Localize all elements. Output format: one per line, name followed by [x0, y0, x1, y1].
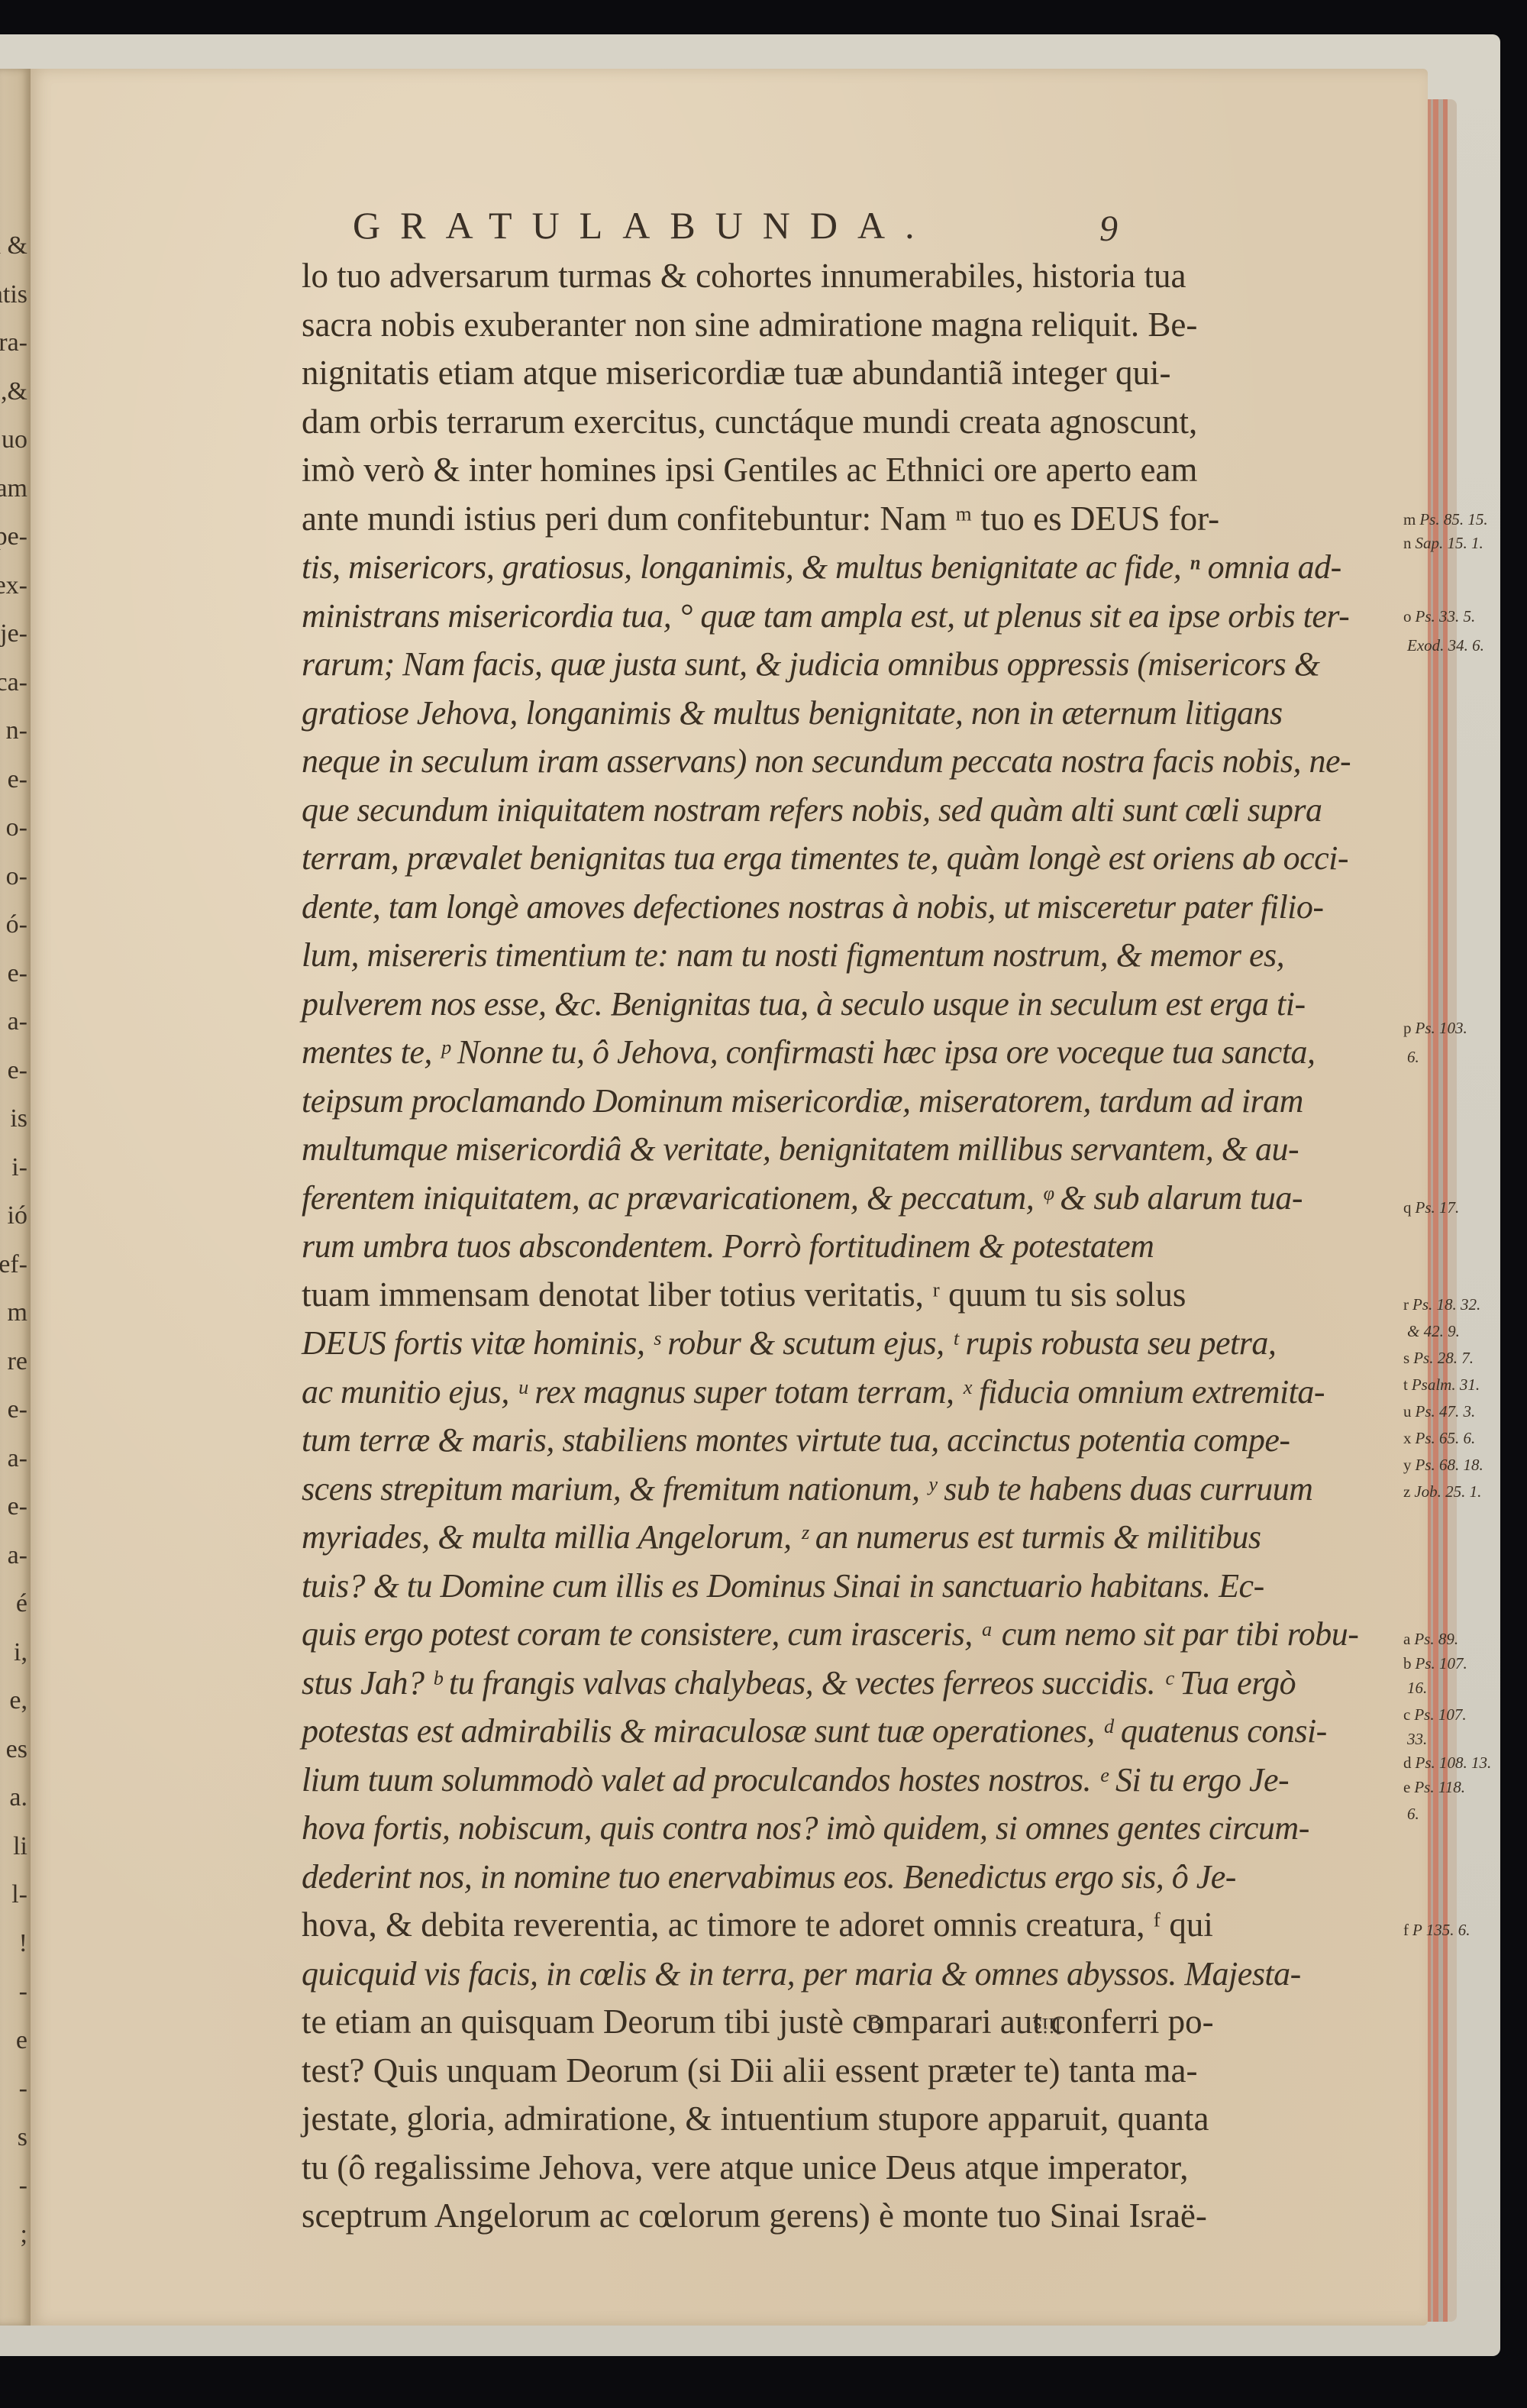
margin-note: dPs. 108. 13. [1403, 1755, 1491, 1771]
facing-line-fragment: l- [11, 1882, 27, 1908]
text-line: ferentem iniquitatem, ac prævaricationem… [302, 1174, 1096, 1223]
margin-note: rPs. 18. 32. [1403, 1297, 1480, 1313]
note-mark: b [1403, 1654, 1412, 1673]
facing-line-fragment: ra- [0, 330, 27, 356]
facing-line-fragment: am [0, 476, 27, 502]
facing-line-fragment: e- [8, 1058, 27, 1084]
note-mark: t [1403, 1375, 1408, 1394]
note-mark: x [1403, 1429, 1412, 1447]
facing-line-fragment: es [6, 1737, 27, 1763]
note-reference: 33. [1407, 1730, 1427, 1748]
facing-line-fragment: i- [11, 1155, 27, 1181]
note-reference: Ps. 108. 13. [1416, 1753, 1492, 1772]
note-mark: m [1403, 510, 1416, 528]
facing-line-fragment: e- [8, 767, 27, 793]
margin-note: cPs. 107. [1403, 1707, 1467, 1723]
note-reference: 16. [1407, 1679, 1427, 1697]
text-line: tu (ô regalissime Jehova, vere atque uni… [302, 2144, 1096, 2193]
note-reference: Ps. 28. 7. [1413, 1349, 1474, 1367]
note-reference: Ps. 17. [1416, 1198, 1460, 1217]
facing-line-fragment: e- [8, 961, 27, 987]
note-reference: Ps. 68. 18. [1416, 1456, 1483, 1474]
margin-note: zJob. 25. 1. [1403, 1484, 1481, 1500]
note-mark: n [1403, 534, 1412, 552]
margin-note: 6. [1403, 1049, 1419, 1065]
facing-line-fragment: m [8, 1300, 27, 1326]
text-line: sceptrum Angelorum ac cœlorum gerens) è … [302, 2192, 1096, 2241]
text-line: mentes te, ᵖ Nonne tu, ô Jehova, confirm… [302, 1028, 1096, 1077]
text-line: tuis? & tu Domine cum illis es Dominus S… [302, 1562, 1096, 1611]
text-line: myriades, & multa millia Angelorum, ᶻ an… [302, 1513, 1096, 1562]
text-line: test? Quis unquam Deorum (si Dii alii es… [302, 2047, 1096, 2096]
text-line: hova, & debita reverentia, ac timore te … [302, 1901, 1096, 1950]
text-line: quicquid vis facis, in cœlis & in terra,… [302, 1950, 1096, 1999]
margin-note: 33. [1403, 1731, 1427, 1747]
text-line: tuam immensam denotat liber totius verit… [302, 1271, 1096, 1320]
text-line: rarum; Nam facis, quæ justa sunt, & judi… [302, 640, 1096, 689]
margin-note: oPs. 33. 5. [1403, 609, 1475, 625]
note-reference: Ps. 33. 5. [1416, 607, 1476, 625]
note-reference: 6. [1407, 1048, 1419, 1066]
text-line: imò verò & inter homines ipsi Gentiles a… [302, 446, 1096, 495]
text-line: potestas est admirabilis & miraculosæ su… [302, 1707, 1096, 1756]
note-mark: y [1403, 1456, 1412, 1474]
note-reference: Ps. 85. 15. [1419, 510, 1487, 528]
text-line: stus Jah? ᵇ tu frangis valvas chalybeas,… [302, 1659, 1096, 1708]
margin-note: ePs. 118. [1403, 1779, 1465, 1795]
facing-line-fragment: ef- [0, 1252, 27, 1278]
running-head: GRATULABUNDA. [353, 203, 935, 247]
text-line: terram, prævalet benignitas tua erga tim… [302, 834, 1096, 883]
note-mark: u [1403, 1402, 1412, 1421]
text-line: te etiam an quisquam Deorum tibi justè c… [302, 1998, 1096, 2047]
note-reference: Job. 25. 1. [1414, 1482, 1481, 1501]
facing-line-fragment: o- [6, 815, 27, 841]
facing-line-fragment: i, [14, 1640, 27, 1666]
text-line: pulverem nos esse, &c. Benignitas tua, à… [302, 980, 1096, 1029]
facing-line-fragment: ,& [1, 379, 27, 405]
facing-page-strip: a &atisra-,&uoampe-ex-je-ca-n-e-o-o-ó-e-… [0, 69, 31, 2326]
facing-line-fragment: s [18, 2125, 27, 2151]
facing-line-fragment: ó- [6, 912, 27, 938]
text-line: que secundum iniquitatem nostram refers … [302, 786, 1096, 835]
text-line: jestate, gloria, admiratione, & intuenti… [302, 2095, 1096, 2144]
catchword: liis [1033, 2012, 1061, 2038]
text-line: dente, tam longè amoves defectiones nost… [302, 883, 1096, 932]
facing-line-fragment: a. [9, 1785, 27, 1811]
facing-line-fragment: o- [6, 864, 27, 890]
facing-line-fragment: e [16, 2028, 27, 2054]
note-reference: Ps. 107. [1416, 1654, 1467, 1673]
margin-note: sPs. 28. 7. [1403, 1350, 1474, 1366]
facing-line-fragment: re [8, 1349, 27, 1375]
note-reference: Exod. 34. 6. [1407, 636, 1484, 655]
note-reference: Ps. 65. 6. [1416, 1429, 1476, 1447]
note-reference: 6. [1407, 1805, 1419, 1823]
page-number: 9 [1099, 208, 1118, 250]
margin-note: 6. [1403, 1806, 1419, 1822]
facing-line-fragment: a- [8, 1009, 27, 1035]
facing-line-fragment: is [10, 1106, 27, 1132]
margin-note: xPs. 65. 6. [1403, 1430, 1475, 1446]
text-line: nignitatis etiam atque misericordiæ tuæ … [302, 349, 1096, 398]
note-reference: & 42. 9. [1407, 1322, 1460, 1340]
note-reference: Ps. 103. [1416, 1019, 1467, 1037]
note-mark: e [1403, 1778, 1410, 1796]
note-reference: Ps. 107. [1414, 1705, 1466, 1724]
note-reference: Ps. 47. 3. [1416, 1402, 1476, 1421]
margin-note: pPs. 103. [1403, 1020, 1467, 1036]
facing-line-fragment: a- [8, 1446, 27, 1472]
text-line: ministrans misericordia tua, ° quæ tam a… [302, 592, 1096, 641]
facing-line-fragment: - [19, 1979, 27, 2005]
note-reference: Ps. 118. [1414, 1778, 1465, 1796]
margin-note: tPsalm. 31. [1403, 1377, 1480, 1393]
note-mark: a [1403, 1630, 1410, 1648]
facing-line-fragment: é [16, 1591, 27, 1617]
facing-line-fragment: ex- [0, 573, 27, 599]
text-line: neque in seculum iram asservans) non sec… [302, 737, 1096, 786]
text-line: teipsum proclamando Dominum misericordiæ… [302, 1077, 1096, 1126]
note-mark: p [1403, 1019, 1412, 1037]
facing-line-fragment: - [19, 2076, 27, 2102]
margin-note: nSap. 15. 1. [1403, 535, 1483, 551]
facing-line-fragment: ; [21, 2222, 27, 2248]
text-line: DEUS fortis vitæ hominis, ˢ robur & scut… [302, 1319, 1096, 1368]
text-line: tum terræ & maris, stabiliens montes vir… [302, 1416, 1096, 1465]
facing-line-fragment: uo [2, 427, 27, 453]
facing-line-fragment: - [19, 2173, 27, 2199]
facing-line-fragment: pe- [0, 524, 27, 550]
text-line: scens strepitum marium, & fremitum natio… [302, 1465, 1096, 1514]
text-line: lium tuum solummodò valet ad proculcando… [302, 1756, 1096, 1805]
note-mark: c [1403, 1705, 1410, 1724]
note-reference: Psalm. 31. [1412, 1375, 1480, 1394]
text-line: lum, misereris timentium te: nam tu nost… [302, 931, 1096, 980]
text-line: gratiose Jehova, longanimis & multus ben… [302, 689, 1096, 738]
note-mark: q [1403, 1198, 1412, 1217]
note-reference: P 135. 6. [1412, 1921, 1470, 1939]
body-text: lo tuo adversarum turmas & cohortes innu… [302, 252, 1096, 2241]
text-line: ante mundi istius peri dum confitebuntur… [302, 495, 1096, 544]
note-mark: o [1403, 607, 1412, 625]
note-mark: d [1403, 1753, 1412, 1772]
note-mark: z [1403, 1482, 1410, 1501]
margin-note: aPs. 89. [1403, 1631, 1458, 1647]
facing-line-fragment: ! [19, 1931, 27, 1957]
text-line: ac munitio ejus, ᵘ rex magnus super tota… [302, 1368, 1096, 1417]
note-reference: Ps. 18. 32. [1412, 1295, 1480, 1314]
margin-note: uPs. 47. 3. [1403, 1404, 1475, 1420]
note-mark: s [1403, 1349, 1409, 1367]
text-line: hova fortis, nobiscum, quis contra nos? … [302, 1804, 1096, 1853]
note-reference: Ps. 89. [1414, 1630, 1458, 1648]
facing-line-fragment: e- [8, 1494, 27, 1520]
facing-line-fragment: atis [0, 282, 27, 308]
text-line: dam orbis terrarum exercitus, cunctáque … [302, 398, 1096, 447]
facing-line-fragment: a & [0, 233, 27, 259]
text-line: tis, misericors, gratiosus, longanimis, … [302, 543, 1096, 592]
margin-note: 16. [1403, 1680, 1427, 1696]
margin-note: Exod. 34. 6. [1403, 638, 1484, 654]
facing-line-fragment: ió [8, 1203, 27, 1229]
margin-note: yPs. 68. 18. [1403, 1457, 1483, 1473]
facing-line-fragment: e- [8, 1397, 27, 1423]
text-line: quis ergo potest coram te consistere, cu… [302, 1610, 1096, 1659]
facing-line-fragment: li [13, 1834, 27, 1860]
facing-line-fragment: e, [9, 1688, 27, 1714]
margin-note: fP 135. 6. [1403, 1922, 1470, 1938]
signature-mark: B [867, 2010, 882, 2036]
facing-line-fragment: je- [0, 621, 27, 647]
note-mark: r [1403, 1295, 1409, 1314]
note-mark: f [1403, 1921, 1409, 1939]
margin-note: mPs. 85. 15. [1403, 512, 1488, 528]
note-reference: Sap. 15. 1. [1416, 534, 1483, 552]
margin-note: qPs. 17. [1403, 1200, 1459, 1216]
facing-line-fragment: n- [6, 718, 27, 744]
text-line: rum umbra tuos abscondentem. Porrò forti… [302, 1222, 1096, 1271]
text-line: sacra nobis exuberanter non sine admirat… [302, 301, 1096, 350]
text-line: dederint nos, in nomine tuo enervabimus … [302, 1853, 1096, 1902]
margin-note: bPs. 107. [1403, 1656, 1467, 1672]
text-line: multumque misericordiâ & veritate, benig… [302, 1125, 1096, 1174]
text-line: lo tuo adversarum turmas & cohortes innu… [302, 252, 1096, 301]
facing-line-fragment: ca- [0, 670, 27, 696]
margin-note: & 42. 9. [1403, 1324, 1460, 1340]
facing-line-fragment: a- [8, 1543, 27, 1569]
